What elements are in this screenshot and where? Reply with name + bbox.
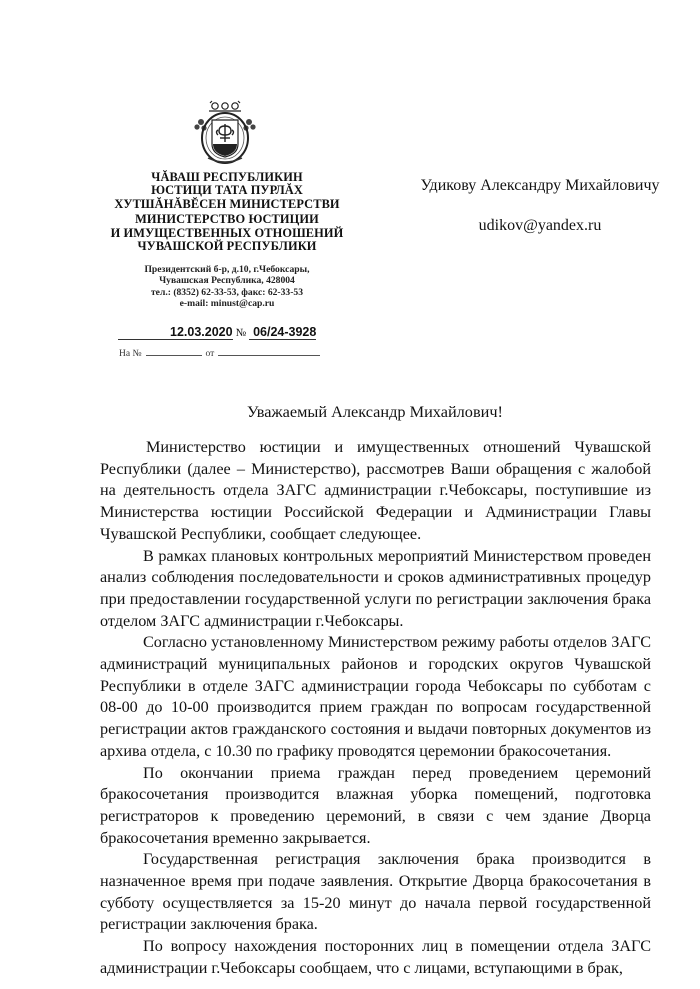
org-name-chuvash-line-3: ХУТШĂНĂВĔСЕН МИНИСТЕРСТВИ [82,198,372,211]
address-street: Президентский б-р, д.10, г.Чебоксары, [82,264,372,275]
body-paragraph: В рамках плановых контрольных мероприяти… [100,546,651,633]
ref-number-label: На № [119,349,142,359]
recipient-name: Удикову Александру Михайловичу [400,176,680,196]
letter-body: Министерство юстиции и имущественных отн… [100,437,651,980]
org-name-russian-line-3: ЧУВАШСКОЙ РЕСПУБЛИКИ [82,240,372,253]
registration-underline [118,327,170,340]
address-email: e-mail: minust@cap.ru [82,298,372,309]
ministry-name-block: ЧĂВАШ РЕСПУБЛИКИН ЮСТИЦИ ТАТА ПУРЛĂХ ХУТ… [82,171,372,253]
body-paragraph: Государственная регистрация заключения б… [100,849,651,936]
body-paragraph: По вопросу нахождения посторонних лиц в … [100,936,651,979]
recipient-block: Удикову Александру Михайловичу udikov@ya… [400,176,680,236]
address-region: Чувашская Республика, 428004 [82,275,372,286]
org-name-russian-line-2: И ИМУЩЕСТВЕННЫХ ОТНОШЕНИЙ [82,227,372,240]
registration-date: 12.03.2020 [170,325,233,340]
letter-greeting: Уважаемый Александр Михайлович! [100,402,650,422]
registration-line: 12.03.2020№06/24-3928 [118,325,348,341]
letter-page: ЧĂВАШ РЕСПУБЛИКИН ЮСТИЦИ ТАТА ПУРЛĂХ ХУТ… [0,0,700,989]
ministry-address-block: Президентский б-р, д.10, г.Чебоксары, Чу… [82,264,372,310]
ref-number-blank [146,346,202,356]
org-name-chuvash-line-2: ЮСТИЦИ ТАТА ПУРЛĂХ [82,184,372,197]
reference-line: На №от [119,346,339,360]
coat-of-arms-icon [188,100,262,168]
address-phone: тел.: (8352) 62-33-53, факс: 62-33-53 [82,287,372,298]
registration-number: 06/24-3928 [249,325,316,340]
ref-from-label: от [206,349,215,359]
recipient-email: udikov@yandex.ru [400,216,680,236]
body-paragraph: По окончании приема граждан перед провед… [100,763,651,850]
org-name-chuvash-line-1: ЧĂВАШ РЕСПУБЛИКИН [82,171,372,184]
body-paragraph: Министерство юстиции и имущественных отн… [100,437,651,546]
ref-date-blank [218,346,320,356]
org-name-russian-line-1: МИНИСТЕРСТВО ЮСТИЦИИ [82,213,372,226]
body-paragraph: Согласно установленному Министерством ре… [100,632,651,762]
number-sign: № [236,327,247,339]
